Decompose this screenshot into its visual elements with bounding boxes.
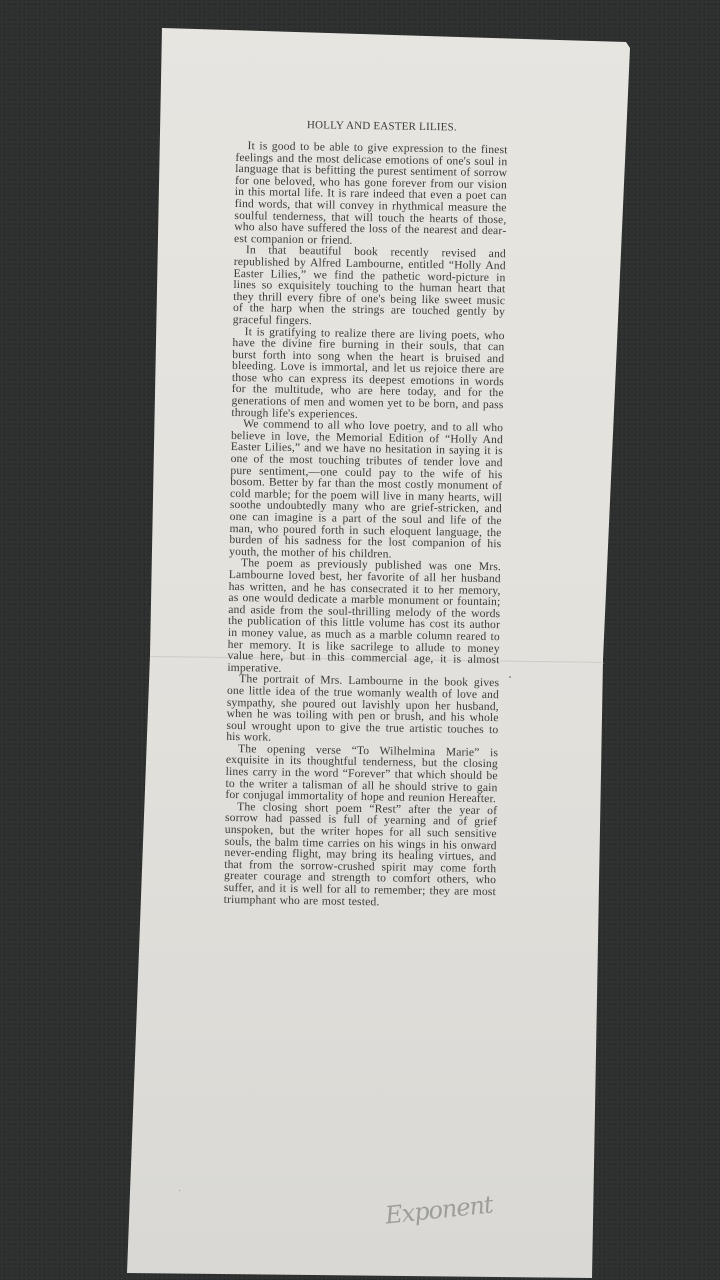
article: HOLLY AND EASTER LILIES. It is good to b…	[224, 118, 508, 909]
article-paragraph: It is good to be able to give expression…	[234, 140, 508, 249]
article-paragraph: We commend to all who love poetry, and t…	[229, 418, 503, 561]
article-paragraph: In that beautiful book recently revised …	[233, 244, 506, 329]
paper-speck	[509, 676, 511, 678]
article-paragraph: The opening verse “To Wilhelmina Marie” …	[225, 743, 498, 805]
article-paragraph: The closing short poem “Rest” after the …	[224, 801, 498, 910]
paper-speck	[179, 1190, 180, 1191]
article-paragraph: The poem as previously published was one…	[227, 557, 501, 677]
article-paragraph: The portrait of Mrs. Lambourne in the bo…	[226, 673, 499, 747]
article-paragraph: It is gratifying to realize there are li…	[231, 325, 504, 422]
